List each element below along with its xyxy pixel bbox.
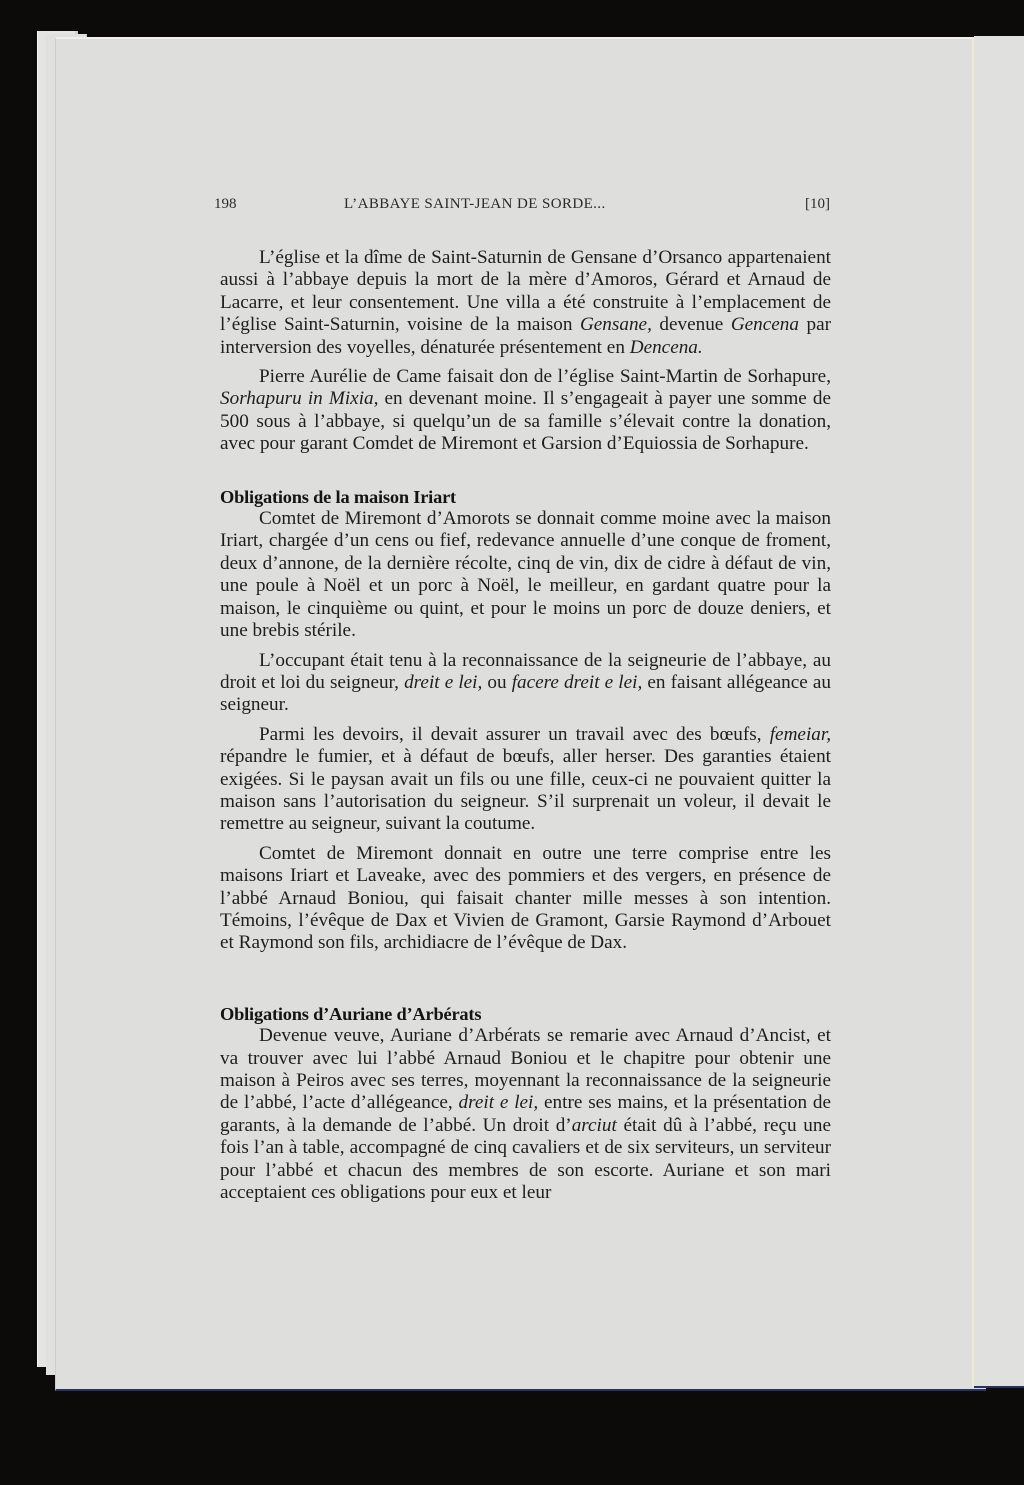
italic-term: Gencena: [731, 314, 799, 335]
text-run: devenue: [652, 314, 731, 335]
italic-term: Dencena.: [630, 337, 703, 358]
italic-term: Sorhapuru in Mixia,: [220, 388, 378, 409]
paragraph: Comtet de Miremont donnait en outre une …: [220, 843, 831, 955]
facing-page-edge: [974, 36, 1024, 1388]
italic-term: dreit e lei,: [404, 672, 482, 693]
paragraph: L’occupant était tenu à la reconnaissanc…: [220, 650, 831, 717]
italic-term: facere dreit e lei,: [512, 672, 643, 693]
section-number: [10]: [805, 196, 830, 213]
page-number: 198: [214, 196, 237, 213]
body-text: L’église et la dîme de Saint-Saturnin de…: [220, 247, 831, 1204]
italic-term: femeiar,: [770, 724, 831, 745]
running-header: 198 L’ABBAYE SAINT-JEAN DE SORDE... [10]: [214, 196, 830, 218]
section-heading: Obligations de la maison Iriart: [220, 486, 831, 508]
running-title: L’ABBAYE SAINT-JEAN DE SORDE...: [344, 196, 606, 213]
paragraph: Parmi les devoirs, il devait assurer un …: [220, 724, 831, 836]
section-heading: Obligations d’Auriane d’Arbérats: [220, 1003, 831, 1025]
paragraph: Pierre Aurélie de Came faisait don de l’…: [220, 366, 831, 456]
text-run: répandre le fumier, et à défaut de bœufs…: [220, 746, 831, 834]
paragraph: L’église et la dîme de Saint-Saturnin de…: [220, 247, 831, 359]
italic-term: Gensane,: [580, 314, 652, 335]
text-run: Pierre Aurélie de Came faisait don de l’…: [259, 366, 831, 387]
italic-term: dreit e lei,: [459, 1092, 539, 1113]
paragraph: Comtet de Miremont d’Amorots se donnait …: [220, 508, 831, 642]
book-gutter: [972, 37, 974, 1387]
italic-term: arciut: [572, 1115, 617, 1136]
text-run: ou: [482, 672, 511, 693]
paragraph: Devenue veuve, Auriane d’Arbérats se rem…: [220, 1025, 831, 1204]
text-run: Parmi les devoirs, il devait assurer un …: [259, 724, 770, 745]
